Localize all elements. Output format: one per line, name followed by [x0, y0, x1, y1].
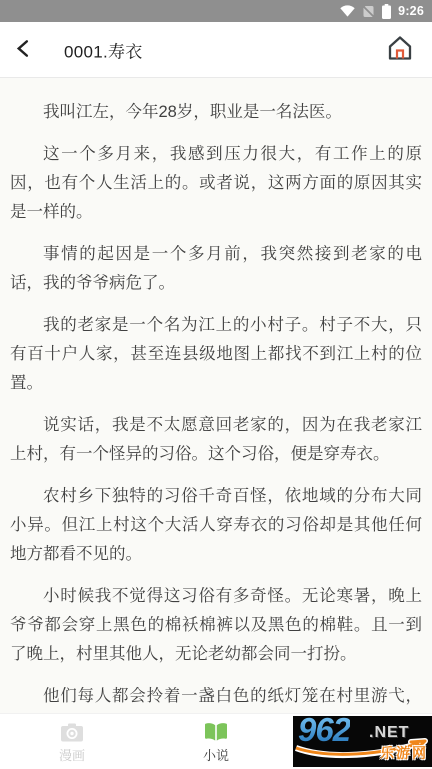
- status-bar: 9:26: [0, 0, 432, 22]
- home-icon: [385, 33, 415, 66]
- reading-area[interactable]: 我叫江左，今年28岁，职业是一名法医。 这一个多月来，我感到压力很大，有工作上的…: [0, 78, 432, 713]
- tab-label-novel: 小说: [203, 748, 229, 763]
- battery-icon: [382, 4, 391, 19]
- paragraph: 小时候我不觉得这习俗有多奇怪。无论寒暑，晚上爷爷都会穿上黑色的棉袄棉裤以及黑色的…: [10, 582, 422, 669]
- paragraph: 事情的起因是一个多月前，我突然接到老家的电话，我的爷爷病危了。: [10, 240, 422, 298]
- tab-bar: 漫画 小说 962 .NET 乐游网: [0, 713, 432, 769]
- tab-label-comics: 漫画: [59, 748, 85, 763]
- back-button[interactable]: [0, 22, 46, 78]
- paragraph: 我的老家是一个名为江上的小村子。村子不大，只有百十户人家，甚至连县级地图上都找不…: [10, 311, 422, 398]
- open-book-icon: [204, 722, 228, 745]
- nav-bar: 0001.寿衣: [0, 22, 432, 78]
- status-time: 9:26: [398, 0, 426, 22]
- paragraph: 说实话，我是不太愿意回老家的，因为在我老家江上村，有一个怪异的习俗。这个习俗，便…: [10, 411, 422, 469]
- app-screen: 9:26 0001.寿衣 我叫江左，今年28岁，职业是一名法医。 这一个多月来，…: [0, 0, 432, 769]
- page-title: 0001.寿衣: [64, 37, 143, 62]
- tab-novel[interactable]: 小说: [144, 714, 288, 769]
- watermark-logo: 962 .NET 乐游网: [293, 716, 432, 767]
- chevron-left-icon: [14, 39, 33, 61]
- watermark-site-name: 乐游网: [380, 743, 428, 763]
- tab-comics[interactable]: 漫画: [0, 714, 144, 769]
- paragraph: 这一个多月来，我感到压力很大，有工作上的原因，也有个人生活上的。或者说，这两方面…: [10, 140, 422, 227]
- home-button[interactable]: [378, 28, 422, 72]
- camera-icon: [60, 723, 84, 745]
- no-signal-icon: [362, 5, 375, 18]
- paragraph: 农村乡下独特的习俗千奇百怪，依地域的分布大同小异。但江上村这个大活人穿寿衣的习俗…: [10, 482, 422, 569]
- wifi-icon: [340, 5, 355, 17]
- paragraph: 我叫江左，今年28岁，职业是一名法医。: [10, 98, 422, 127]
- paragraph: 他们每人都会拎着一盏白色的纸灯笼在村里游弋，那架势，似乎是在巡逻。: [10, 682, 422, 713]
